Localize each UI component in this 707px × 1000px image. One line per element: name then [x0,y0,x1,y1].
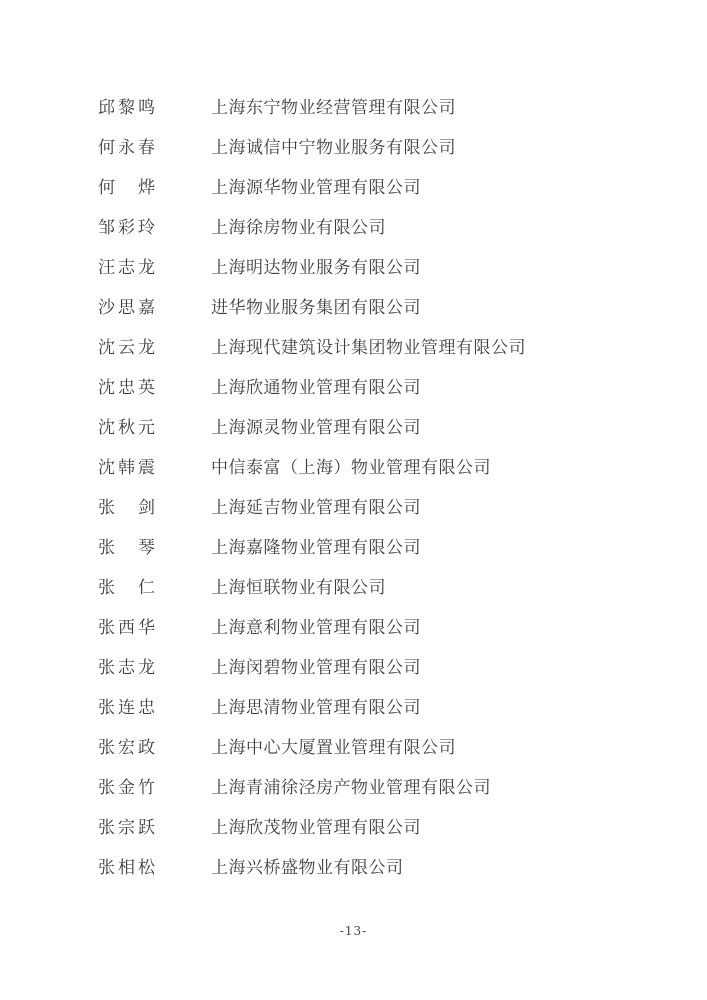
company-name: 上海恒联物业有限公司 [211,573,386,598]
person-name: 何 烨 [98,173,211,198]
roster-row: 沈韩震 中信泰富（上海）物业管理有限公司 [0,445,707,485]
roster-row: 沈云龙 上海现代建筑设计集团物业管理有限公司 [0,325,707,365]
person-name: 何永春 [98,133,211,158]
company-name: 上海明达物业服务有限公司 [211,253,421,278]
company-name: 上海意利物业管理有限公司 [211,613,421,638]
company-name: 上海源华物业管理有限公司 [211,173,421,198]
person-name: 张宗跃 [98,813,211,838]
company-name: 上海兴桥盛物业有限公司 [211,853,404,878]
company-name: 上海东宁物业经营管理有限公司 [211,93,456,118]
roster-row: 沈秋元 上海源灵物业管理有限公司 [0,405,707,445]
page-number: -13- [0,924,707,938]
roster-row: 张志龙 上海闵碧物业管理有限公司 [0,645,707,685]
person-name: 张相松 [98,853,211,878]
person-name: 张宏政 [98,733,211,758]
company-name: 上海徐房物业有限公司 [211,213,386,238]
company-name: 上海嘉隆物业管理有限公司 [211,533,421,558]
company-name: 上海思清物业管理有限公司 [211,693,421,718]
person-name: 张西华 [98,613,211,638]
person-name: 张 仁 [98,573,211,598]
roster-list: 邱黎鸣 上海东宁物业经营管理有限公司 何永春 上海诚信中宁物业服务有限公司 何 … [0,85,707,885]
person-name: 沙思嘉 [98,293,211,318]
roster-row: 沈忠英 上海欣通物业管理有限公司 [0,365,707,405]
roster-row: 张相松 上海兴桥盛物业有限公司 [0,845,707,885]
roster-row: 张 琴 上海嘉隆物业管理有限公司 [0,525,707,565]
roster-row: 张连忠 上海思清物业管理有限公司 [0,685,707,725]
person-name: 张 剑 [98,493,211,518]
company-name: 上海青浦徐泾房产物业管理有限公司 [211,773,491,798]
roster-row: 张 剑 上海延吉物业管理有限公司 [0,485,707,525]
roster-row: 何 烨 上海源华物业管理有限公司 [0,165,707,205]
company-name: 上海延吉物业管理有限公司 [211,493,421,518]
company-name: 上海源灵物业管理有限公司 [211,413,421,438]
roster-row: 沙思嘉 进华物业服务集团有限公司 [0,285,707,325]
person-name: 沈韩震 [98,453,211,478]
company-name: 上海欣通物业管理有限公司 [211,373,421,398]
document-page: 邱黎鸣 上海东宁物业经营管理有限公司 何永春 上海诚信中宁物业服务有限公司 何 … [0,0,707,1000]
roster-row: 张宗跃 上海欣茂物业管理有限公司 [0,805,707,845]
company-name: 上海诚信中宁物业服务有限公司 [211,133,456,158]
person-name: 张金竹 [98,773,211,798]
company-name: 进华物业服务集团有限公司 [211,293,421,318]
roster-row: 邱黎鸣 上海东宁物业经营管理有限公司 [0,85,707,125]
person-name: 沈云龙 [98,333,211,358]
roster-row: 张 仁 上海恒联物业有限公司 [0,565,707,605]
company-name: 上海中心大厦置业管理有限公司 [211,733,456,758]
person-name: 张连忠 [98,693,211,718]
person-name: 张志龙 [98,653,211,678]
person-name: 邹彩玲 [98,213,211,238]
roster-row: 何永春 上海诚信中宁物业服务有限公司 [0,125,707,165]
roster-row: 张西华 上海意利物业管理有限公司 [0,605,707,645]
roster-row: 张宏政 上海中心大厦置业管理有限公司 [0,725,707,765]
roster-row: 邹彩玲 上海徐房物业有限公司 [0,205,707,245]
person-name: 汪志龙 [98,253,211,278]
company-name: 上海闵碧物业管理有限公司 [211,653,421,678]
person-name: 邱黎鸣 [98,93,211,118]
company-name: 中信泰富（上海）物业管理有限公司 [211,453,491,478]
person-name: 沈秋元 [98,413,211,438]
roster-row: 张金竹 上海青浦徐泾房产物业管理有限公司 [0,765,707,805]
person-name: 张 琴 [98,533,211,558]
roster-row: 汪志龙 上海明达物业服务有限公司 [0,245,707,285]
company-name: 上海现代建筑设计集团物业管理有限公司 [211,333,526,358]
person-name: 沈忠英 [98,373,211,398]
company-name: 上海欣茂物业管理有限公司 [211,813,421,838]
